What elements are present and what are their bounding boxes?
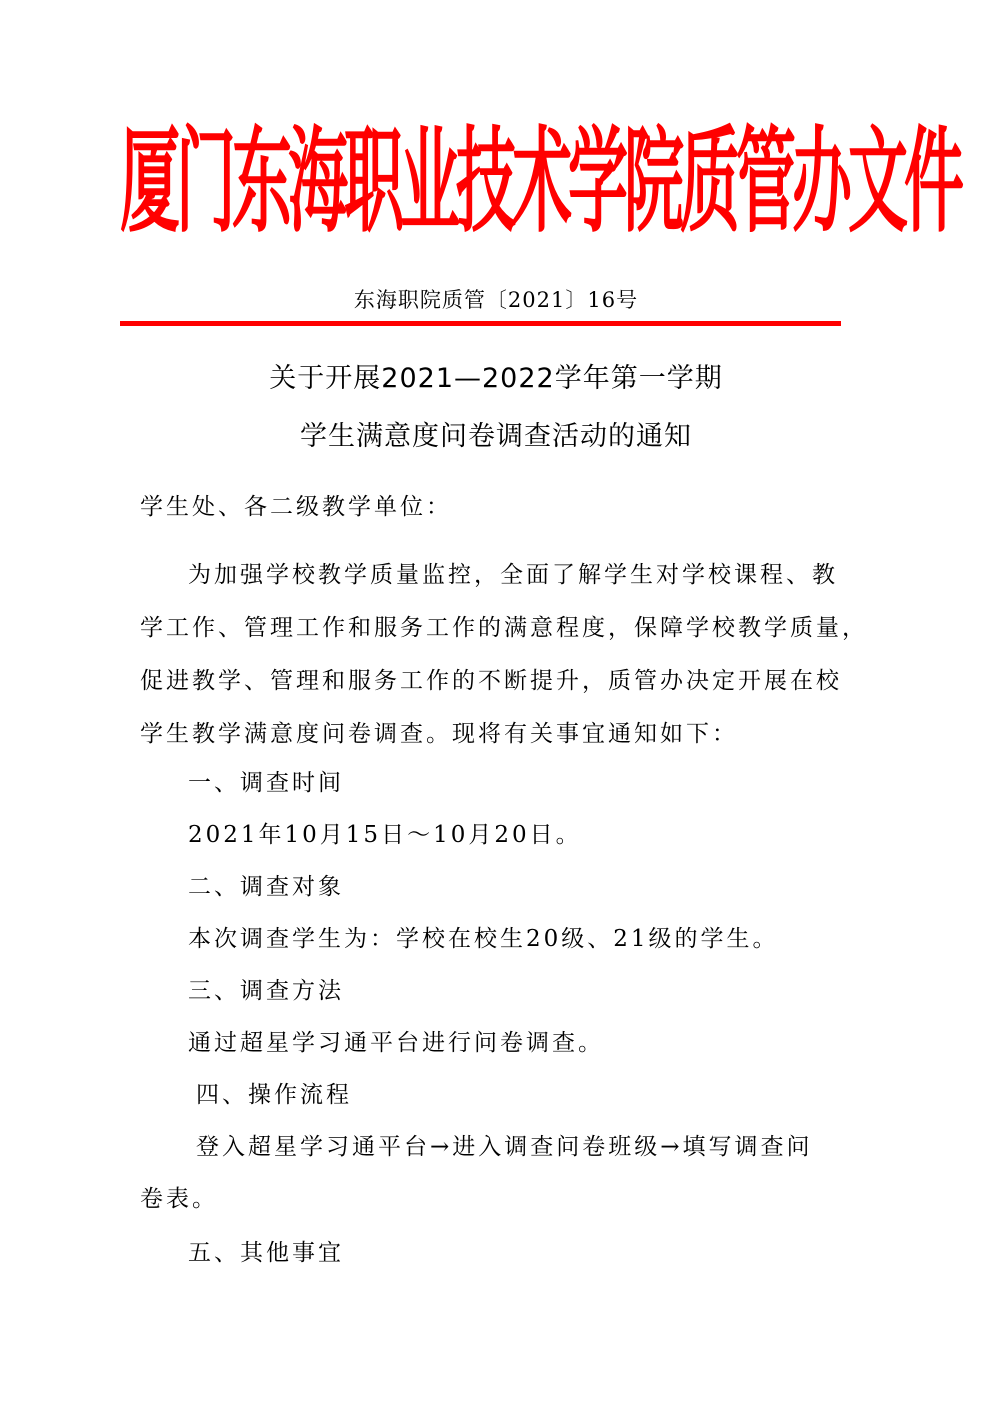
intro-paragraph-line: 学工作、管理工作和服务工作的满意程度，保障学校教学质量， xyxy=(140,609,868,642)
section-heading-survey-method: 三、调查方法 xyxy=(188,972,344,1005)
masthead-title: 厦门东海职业技术学院质管办文件 xyxy=(120,41,872,326)
notice-title-line-1: 关于开展2021—2022学年第一学期 xyxy=(0,356,992,395)
notice-title-line-2: 学生满意度问卷调查活动的通知 xyxy=(0,414,992,453)
section-content-procedure: 卷表。 xyxy=(140,1180,218,1213)
section-content-survey-method: 通过超星学习通平台进行问卷调查。 xyxy=(188,1024,604,1057)
section-heading-survey-target: 二、调查对象 xyxy=(188,868,344,901)
intro-paragraph-line: 学生教学满意度问卷调查。现将有关事宜通知如下： xyxy=(140,715,738,748)
intro-paragraph-line: 促进教学、管理和服务工作的不断提升，质管办决定开展在校 xyxy=(140,662,842,695)
section-heading-procedure: 四、操作流程 xyxy=(196,1076,352,1109)
red-divider-rule xyxy=(120,321,841,326)
salutation: 学生处、各二级教学单位： xyxy=(140,488,452,521)
intro-paragraph-line: 为加强学校教学质量监控，全面了解学生对学校课程、教 xyxy=(188,556,838,589)
document-page: 厦门东海职业技术学院质管办文件 东海职院质管〔2021〕16号 关于开展2021… xyxy=(0,0,992,1403)
section-content-survey-target: 本次调查学生为：学校在校生20级、21级的学生。 xyxy=(188,920,779,953)
document-number: 东海职院质管〔2021〕16号 xyxy=(0,284,992,314)
section-content-procedure: 登入超星学习通平台→进入调查问卷班级→填写调查问 xyxy=(196,1128,813,1161)
section-heading-other-matters: 五、其他事宜 xyxy=(188,1234,344,1267)
section-content-survey-time: 2021年10月15日～10月20日。 xyxy=(188,816,582,849)
section-heading-survey-time: 一、调查时间 xyxy=(188,764,344,797)
